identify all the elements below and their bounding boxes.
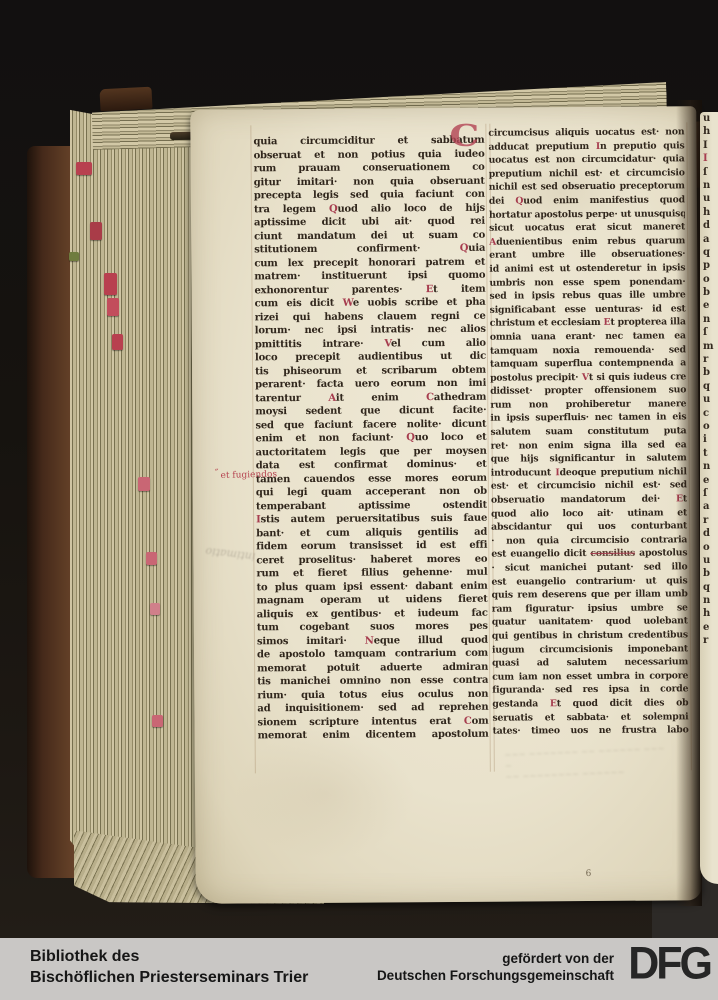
text-line: n (703, 460, 718, 473)
text-line: precepta legis sed quia faciunt con (254, 188, 485, 203)
text-line: iugum circumcisionis imponebant (492, 642, 688, 657)
text-line: ſ (703, 487, 718, 500)
text-line: sicut uocatus erat sicut maneret (489, 220, 685, 235)
text-line: e (703, 621, 718, 634)
text-line: r (703, 634, 718, 647)
fore-edge-tab (76, 162, 92, 175)
text-line: dei Quod enim manifestius quod (489, 193, 685, 208)
fore-edge-tab (104, 273, 117, 295)
text-line: data est confirmat dominus· et (256, 458, 487, 473)
parchment-stain (235, 728, 416, 859)
text-line: b (703, 567, 718, 580)
text-line: Aduenientibus enim rebus quarum (489, 234, 685, 249)
text-line: uocatus est non circumcidatur· quia (489, 153, 685, 168)
text-line: d (703, 527, 718, 540)
fore-edge-tab (152, 715, 163, 727)
text-line: qui legi quam acceperant non ob (256, 485, 487, 500)
text-line: tis manichei omnino non esse contra (257, 674, 488, 689)
text-line: rum non prohiberetur manere (490, 397, 686, 412)
text-line: n (703, 594, 718, 607)
text-line: tamquam superflua contempnenda a (490, 356, 686, 371)
text-line: i (703, 433, 718, 446)
text-line: u (703, 554, 718, 567)
text-line: rum prauam conseruationem co (254, 161, 485, 176)
text-line: h (703, 125, 718, 138)
text-line: n (703, 313, 718, 326)
faded-inscription: ~~~ ~~~~~~~ ~~ ~~~~~~ ~~~ ~~~ ~~~~~~~~ ~… (504, 743, 675, 783)
footer-bar: Bibliothek des Bischöflichen Priestersem… (0, 938, 718, 1000)
text-line: abscidantur qui uos conturbant (491, 520, 687, 535)
text-line: matrem· instituerunt ipsi quomo (254, 269, 485, 284)
text-line: u (703, 393, 718, 406)
fore-edge-tab (112, 334, 123, 350)
text-line: salutem suam constitutum puta (490, 424, 686, 439)
text-line: christum et ecclesiam Et propterea illa … (490, 316, 686, 331)
text-line: didisset· propter offensionem suo (490, 384, 686, 399)
text-line: e (703, 474, 718, 487)
text-line: t (703, 447, 718, 460)
margin-note-offset-transfer: intimatio (205, 545, 256, 564)
text-line: enim et non faciunt· Quo loco et (255, 431, 486, 446)
text-line: c (703, 407, 718, 420)
text-line: memorat enim dicentem apostolum (258, 728, 489, 743)
text-line: tamquam noxia remouenda· sed (490, 343, 686, 358)
text-line: e (703, 299, 718, 312)
library-name: Bibliothek des Bischöflichen Priestersem… (30, 946, 308, 988)
text-line: fidem eorum transisset id est effi (256, 539, 487, 554)
fore-edge-tab (69, 252, 79, 261)
text-line: · non quia circumcisio contraria (491, 533, 687, 548)
text-line: omnia uana erant· nec tamen ea (490, 329, 686, 344)
manuscript-page-verso: quia circumciditur et sabbatumobseruat e… (190, 106, 702, 904)
text-line: in ipsis superfluis· nec tamen in eis (490, 411, 686, 426)
text-line: postolus precipit· Vt si quis iudeus cre (490, 370, 686, 385)
text-line: loco precepit audientibus ut dic (255, 350, 486, 365)
text-line: stitutionem confirment· Quia (254, 242, 485, 257)
text-line: nichil est sed obseruatio preceptorum (489, 180, 685, 195)
text-line: seruatis et sabbata· et solempni (492, 710, 688, 725)
text-line: u (703, 192, 718, 205)
text-line: ad inquisitionem· sed ad reprehen (257, 701, 488, 716)
funding-line2: Deutschen Forschungsgemeinschaft (377, 967, 614, 984)
text-line: est euangelio dicit consilius apostolus (491, 547, 687, 562)
red-paragraph-ornament: C (449, 122, 479, 152)
fore-edge-tab (107, 298, 119, 316)
text-line: quis rem deserens que per illam umb (492, 588, 688, 603)
text-line: moysi sedent que dicunt facite· (255, 404, 486, 419)
text-column-right: circumcisus aliquis uocatus est· nonaddu… (488, 125, 688, 738)
text-line: qui gentibus in christum credentibus (492, 628, 688, 643)
text-line: o (703, 420, 718, 433)
text-line: r (703, 514, 718, 527)
text-line: cum eis dicit We uobis scribe et pha (255, 296, 486, 311)
text-line: perarent· facta uero eorum non imi (255, 377, 486, 392)
text-line: tum cogebant suos mores pes (257, 620, 488, 635)
library-name-line2: Bischöflichen Priesterseminars Trier (30, 967, 308, 988)
page-stack-fore-edge (70, 94, 198, 888)
text-line: d (703, 219, 718, 232)
text-line: ſ (703, 326, 718, 339)
book-cover-top-left-corner (99, 87, 152, 112)
text-line: o (703, 273, 718, 286)
funding-credit: gefördert von der Deutschen Forschungsge… (377, 950, 614, 984)
text-line: id animi est ut ostenderetur in ipsis (489, 261, 685, 276)
text-line: preputium nichil est· et circumcisio (489, 166, 685, 181)
text-line: ret· non enim signa illa sed ea (491, 438, 687, 453)
text-line: circumcisus aliquis uocatus est· non (488, 125, 684, 140)
text-line: introducunt Ideoque preputium nichil (491, 465, 687, 480)
gutter-shadow (676, 100, 702, 906)
text-line: a (703, 233, 718, 246)
text-line: a (703, 500, 718, 513)
text-line: ſ (703, 166, 718, 179)
text-line: m (703, 340, 718, 353)
text-line: h (703, 607, 718, 620)
digitized-manuscript-view: quia circumciditur et sabbatumobseruat e… (0, 0, 718, 1000)
text-line: adducat preputium In preputio quis (488, 139, 684, 154)
margin-note-text: et fugiendos (220, 470, 277, 481)
text-line: sed in ipsis rebus quas ille umbre (489, 288, 685, 303)
text-line: figuranda· sed res ipsa in corde (492, 683, 688, 698)
text-line: b (703, 366, 718, 379)
text-line: I (703, 139, 718, 152)
text-line: lorum· nec ipsi intratis· nec alios (255, 323, 486, 338)
text-line: u (703, 112, 718, 125)
text-line: b (703, 286, 718, 299)
text-line: q (703, 246, 718, 259)
text-line: de apostolo tamquam contrarium com (257, 647, 488, 662)
insertion-mark: ″ (215, 468, 219, 479)
text-line: · sicut manichei putant· sed illo (491, 560, 687, 575)
text-line: Istis autem peruersitatibus suis faue (256, 512, 487, 527)
text-line: hortatur apostolus perpe· ut unusquisque (489, 207, 685, 222)
text-column-left: quia circumciditur et sabbatumobseruat e… (253, 134, 488, 743)
text-line: gestanda Et quod dicit dies ob (492, 696, 688, 711)
text-line: rum et fieret filius gehenne· mul (256, 566, 487, 581)
text-line: q (703, 581, 718, 594)
fore-edge-tab (146, 552, 157, 565)
text-line: q (703, 380, 718, 393)
text-line: quod alio loco ait· utinam et (491, 506, 687, 521)
text-line: erant umbre ille obseruationes· (489, 248, 685, 263)
text-line: I (703, 152, 718, 165)
text-line: umbris non esse spem ponendam· (489, 275, 685, 290)
text-line: tates· timeo uos ne frustra labo (493, 723, 689, 738)
text-line: significabant esse uenturas· id est (490, 302, 686, 317)
text-line: est· et circumcisio nichil est· sed (491, 479, 687, 494)
text-line: n (703, 179, 718, 192)
manuscript-photo: quia circumciditur et sabbatumobseruat e… (0, 0, 718, 938)
text-line: h (703, 206, 718, 219)
fore-edge-tab (90, 222, 102, 240)
text-line: cum iam non esset umbra in corpore (492, 669, 688, 684)
text-line: magnam operam ut uidens fieret (257, 593, 488, 608)
text-line: est euangelio contrarium· ut quis (491, 574, 687, 589)
text-line: que hijs significantur in salutem (491, 452, 687, 467)
text-line: aptissime dicit ubi ait· quod rei (254, 215, 485, 230)
margin-note-red: ″et fugiendos (215, 467, 278, 482)
text-line: ram figuratur· ipsius umbre se (492, 601, 688, 616)
text-line: quatur uanitatem· quod uolebant (492, 615, 688, 630)
fore-edge-tab (150, 603, 160, 615)
text-line: quasi ad salutem necessarium (492, 655, 688, 670)
text-line: obseruatio mandatorum dei· Et (491, 492, 687, 507)
right-page-sliver: uhIIſnuhdaqpobenſmrbqucoitneſardoubqnher (700, 112, 718, 884)
funding-line1: gefördert von der (377, 950, 614, 967)
fore-edge-tab (138, 477, 150, 491)
text-line: o (703, 541, 718, 554)
library-name-line1: Bibliothek des (30, 946, 308, 967)
text-line: r (703, 353, 718, 366)
dfg-logo: DFG (628, 939, 710, 990)
text-line: p (703, 259, 718, 272)
folio-mark: 6 (586, 869, 592, 879)
